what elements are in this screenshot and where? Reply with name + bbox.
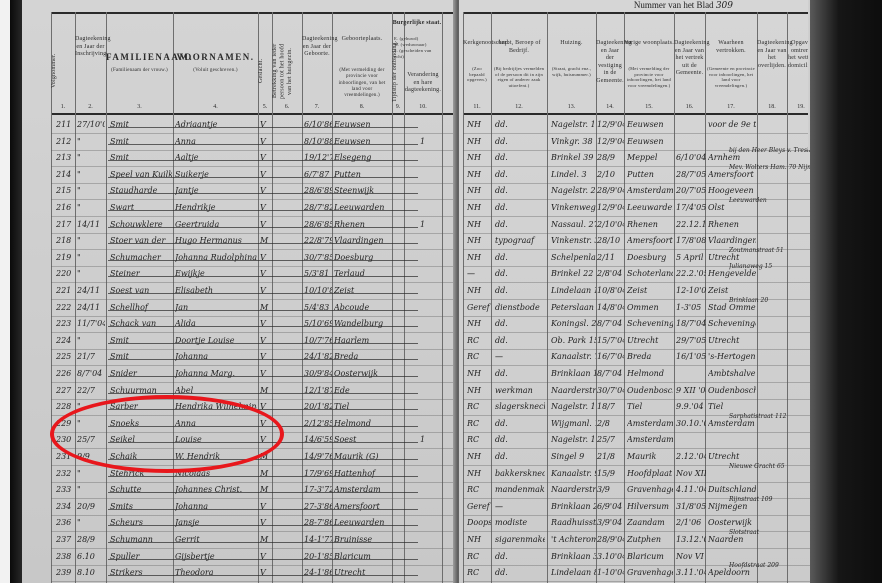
register-row: 219"SchumacherJohanna RudolphinaV30/7'85… <box>22 251 459 268</box>
cell-date: 22/7 <box>77 386 105 395</box>
civil-status-legend: W. (weduwnaar) <box>394 42 442 48</box>
cell-dest: Utrecht <box>708 336 756 345</box>
cell-settled: 15/7'04 <box>597 336 624 345</box>
strikethrough-line <box>108 260 418 261</box>
cell-date: " <box>77 518 105 527</box>
column-header-13: Huizing. <box>547 40 596 48</box>
row-rule <box>51 581 453 582</box>
cell-settled: 3/9'04 <box>597 518 624 527</box>
register-row: 213"SmitAaltjeV19/12'79Elsegeng <box>22 151 459 168</box>
cell-nr: 228 <box>56 402 74 411</box>
cell-occupation: dd. <box>495 203 545 212</box>
cell-date: " <box>77 137 105 146</box>
cell-prev: Helmond <box>627 369 673 378</box>
column-subheader-8: (Met vermelding der provincie voor inboo… <box>334 68 390 99</box>
cell-settled: 28/9'04 <box>597 186 624 195</box>
cell-note: Slotstraat <box>729 529 815 536</box>
register-row: 232"StehrickNicolaasM17/9'69Hattenhof <box>22 467 459 484</box>
cell-occupation: dd. <box>495 552 545 561</box>
cell-date: " <box>77 170 105 179</box>
register-row: NHwerkmanNaarderstr. 3730/7'04Oudenbosch… <box>459 384 815 401</box>
cell-date: 24/11 <box>77 303 105 312</box>
register-row: 214"Speel van KuilkerkSuikerjeV6/7'87Put… <box>22 168 459 185</box>
column-subheader-15: (Met vermelding der provincie voor inboo… <box>626 66 672 89</box>
cell-church: NH <box>467 535 491 544</box>
cell-date: " <box>77 469 105 478</box>
cell-left: 1-3'05 <box>676 303 706 312</box>
register-row: RC—Kanaalstr. 7016/7'04Breda16/1'05's-He… <box>459 350 815 367</box>
cell-settled: 14/8'04 <box>597 303 624 312</box>
cell-left: 12-10'04 <box>676 286 706 295</box>
cell-prev: Amsterdam <box>627 435 673 444</box>
column-header-3: FAMILIENAAM. <box>106 52 173 63</box>
cell-date: 11/7'04 <box>77 319 105 328</box>
cell-left: 17/4'05 <box>676 203 706 212</box>
cell-left: 3.11.'04 <box>676 568 706 577</box>
cell-nr: 221 <box>56 286 74 295</box>
cell-date: 28/9 <box>77 535 105 544</box>
cell-church: RC <box>467 435 491 444</box>
cell-nr: 213 <box>56 153 74 162</box>
strikethrough-line <box>108 276 418 277</box>
cell-prev: Hilversum <box>627 502 673 511</box>
cell-left: 28/7'05 <box>676 170 706 179</box>
cell-left: 18/7'04 <box>676 319 706 328</box>
cell-prev: Eeuwsen <box>627 137 673 146</box>
strikethrough-line <box>108 542 418 543</box>
cell-church: NH <box>467 319 491 328</box>
cell-dest: Oosterwijk <box>708 518 756 527</box>
column-header-17: Waarheen vertrokken. <box>705 40 757 55</box>
register-row: NHsigarenmaker't Achterom 928/9'04Zutphe… <box>459 533 815 550</box>
cell-note: Leeuwarden <box>729 197 815 204</box>
register-row: 2386.10SpullerGijsbertjeV20-1'85Blaricum <box>22 550 459 567</box>
register-row: RCdd.Lindelaan 81-10'04Gravenhage3.11.'0… <box>459 566 815 583</box>
cell-nr: 237 <box>56 535 74 544</box>
cell-prev: Gravenhage <box>627 485 673 494</box>
cell-address: Lindelaan 12 <box>551 286 596 295</box>
register-row: 2398.10StrikersTheodoraV24-1'86Utrecht <box>22 566 459 583</box>
cell-occupation: dd. <box>495 186 545 195</box>
cell-left: 9.9.'04 <box>676 402 706 411</box>
cell-prev: Zeist <box>627 286 673 295</box>
register-row: RCdd.Ob. Park 1515/7'04Utrecht29/7'05Utr… <box>459 334 815 351</box>
cell-address: Vinkgr. 38 <box>551 137 596 146</box>
cell-left: 13.12.'04 <box>676 535 706 544</box>
cell-occupation: dd. <box>495 369 545 378</box>
cell-occupation: dd. <box>495 568 545 577</box>
cell-dest: Olst <box>708 203 756 212</box>
cell-settled: 8/7'04 <box>597 319 624 328</box>
cell-church: NH <box>467 186 491 195</box>
cell-note: Nieuwe Gracht 65 <box>729 463 815 470</box>
register-row: GerefdienstbodePeterslaan14/8'04Ommen1-3… <box>459 301 815 318</box>
cell-occupation: dd. <box>495 170 545 179</box>
cell-dest: Tiel <box>708 402 756 411</box>
cell-dest: Arnhem <box>708 153 756 162</box>
strikethrough-line <box>108 559 418 560</box>
column-number: 3. <box>106 104 173 110</box>
cell-left: 29/7'05 <box>676 336 706 345</box>
cell-address: Kanaalstr. 70 <box>551 352 596 361</box>
cell-settled: 15/9 <box>597 469 624 478</box>
cell-address: Nassaul. 27 <box>551 220 596 229</box>
column-number: 6. <box>272 104 302 110</box>
cell-settled: 12/9'04 <box>597 120 624 129</box>
column-subheader-12: (Bij bedrijfjes vermelden of de persoon … <box>493 66 545 89</box>
strikethrough-line <box>108 193 418 194</box>
cell-prev: Zaandam <box>627 518 673 527</box>
cell-settled: 3.10'04 <box>597 552 624 561</box>
column-number: 11. <box>463 104 491 110</box>
column-number: 12. <box>491 104 547 110</box>
cell-church: Geref <box>467 502 491 511</box>
cell-settled: 16/7'04 <box>597 352 624 361</box>
cell-settled: 28/9 <box>597 153 624 162</box>
cell-church: NH <box>467 153 491 162</box>
register-row: —dd.Brinkel 222/8'04Schoterland22.2.'05H… <box>459 267 815 284</box>
cell-date: " <box>77 236 105 245</box>
cell-prev: Breda <box>627 352 673 361</box>
cell-nr: 212 <box>56 137 74 146</box>
cell-dest: Zeist <box>708 286 756 295</box>
cell-church: NH <box>467 386 491 395</box>
cell-prev: Putten <box>627 170 673 179</box>
cell-church: NH <box>467 253 491 262</box>
cell-address: Brinklaan 11 <box>551 369 596 378</box>
register-row: NHdd.Brinklaan 118/7'04HelmondAmbtshalve… <box>459 367 815 384</box>
cell-nr: 225 <box>56 352 74 361</box>
cell-address: Naarderstr. 37 <box>551 386 596 395</box>
cell-occupation: dd. <box>495 336 545 345</box>
cell-left: 22.12.10 <box>676 220 706 229</box>
cell-address: Peterslaan <box>551 303 596 312</box>
cell-occupation: dienstbode <box>495 303 545 312</box>
cell-date: " <box>77 253 105 262</box>
column-number: 10. <box>404 104 442 110</box>
scan-background-right <box>810 0 882 583</box>
cell-occupation: dd. <box>495 435 545 444</box>
cell-church: — <box>467 269 491 278</box>
cell-dest: Naarden <box>708 535 756 544</box>
register-row: NHdd.Nassaul. 272/10'04Rhenen22.12.10Rhe… <box>459 218 815 235</box>
register-row: NHbakkersknechtKanaalstr. 9415/9Hoofdpla… <box>459 467 815 484</box>
strikethrough-line <box>108 177 418 178</box>
cell-prev: Scheveningen <box>627 319 673 328</box>
cell-settled: 2/11 <box>597 253 624 262</box>
cell-address: Brinkel 39 <box>551 153 596 162</box>
cell-dest: voor de 9e teldistrict geschrapt <box>708 120 756 129</box>
cell-church: NH <box>467 137 491 146</box>
cell-left: 17/8'08 <box>676 236 706 245</box>
right-page: Nummer van het Blad 309 Kerkgenootschap.… <box>459 0 815 583</box>
cell-nr: 211 <box>56 120 74 129</box>
cell-church: NH <box>467 369 491 378</box>
cell-prev: Maurik <box>627 452 673 461</box>
cell-church: Doopsgez <box>467 518 491 527</box>
cell-occupation: dd. <box>495 120 545 129</box>
strikethrough-line <box>108 243 418 244</box>
column-header-15: Vorige woonplaats. <box>624 40 674 48</box>
sheet-number-label: Nummer van het Blad <box>634 0 714 10</box>
strikethrough-line <box>108 144 418 145</box>
cell-church: NH <box>467 452 491 461</box>
cell-dest: Vlaardingen <box>708 236 756 245</box>
cell-church: NH <box>467 203 491 212</box>
cell-dest: 's-Hertogenbosch <box>708 352 756 361</box>
cell-address: Vinkenweg 2 <box>551 203 596 212</box>
strikethrough-line <box>108 227 418 228</box>
cell-church: RC <box>467 485 491 494</box>
cell-church: NH <box>467 286 491 295</box>
column-number: 5. <box>258 104 272 110</box>
cell-address: Nagelstr. 10 <box>551 120 596 129</box>
cell-address: Naarderstr. 21 <box>551 485 596 494</box>
header-rule <box>463 12 815 14</box>
cell-nr: 223 <box>56 319 74 328</box>
column-subheader-13: (Straat, gracht enz., wijk, huisnummer.) <box>549 66 594 77</box>
cell-occupation: dd. <box>495 220 545 229</box>
column-header-18: Dagteekening en Jaar van het overlijden. <box>757 40 787 70</box>
register-row: 212"SmitAnnaV8/10'88Eeuwsen1 <box>22 135 459 152</box>
cell-dest: Utrecht <box>708 452 756 461</box>
strikethrough-line <box>108 376 418 377</box>
cell-left: 4.11.'04 <box>676 485 706 494</box>
cell-dest: Hoogeveen <box>708 186 756 195</box>
register-row: 233"SchutteJohannes Christ.M17-3'72Amste… <box>22 483 459 500</box>
cell-date: " <box>77 203 105 212</box>
cell-date: " <box>77 186 105 195</box>
cell-prev: Hoofdplaat <box>627 469 673 478</box>
cell-dest: Amsterdam <box>708 419 756 428</box>
column-header-11: Kerkgenootschap. <box>463 40 491 48</box>
register-row: 23728/9SchumannGerritM14-1'77Bruinisse <box>22 533 459 550</box>
column-number: 18. <box>757 104 787 110</box>
cell-date: 20/9 <box>77 502 105 511</box>
cell-nr: 215 <box>56 186 74 195</box>
column-number: 1. <box>51 104 75 110</box>
cell-dest: Nijmegen <box>708 502 756 511</box>
cell-dest: Amersfoort <box>708 170 756 179</box>
column-subheader-4: (Voluit geschreven.) <box>175 68 256 74</box>
column-number: 15. <box>624 104 674 110</box>
cell-left: 5 April '06 <box>676 253 706 262</box>
column-number: 9. <box>392 104 404 110</box>
cell-prev: Schoterland <box>627 269 673 278</box>
register-row: 216"SwartHendrikjeV28/7'82Leeuwarden <box>22 201 459 218</box>
column-subheader-17: (Gemeente en provincie voor inboorlingen… <box>707 66 755 89</box>
cell-nr: 222 <box>56 303 74 312</box>
cell-nr: 232 <box>56 469 74 478</box>
cell-note: Mev. Wolters Ham. 70 Nijmegen <box>729 164 815 171</box>
cell-prev: Oudenbosch <box>627 386 673 395</box>
cell-note: Hoofdstraat 209 <box>729 562 815 569</box>
cell-church: RC <box>467 336 491 345</box>
civil-status-legend: S. (gescheiden van echt) <box>394 48 442 59</box>
red-highlight-ellipse <box>50 395 284 473</box>
register-row: RCdd.Nagelstr. 125/7Amsterdam <box>459 433 815 450</box>
cell-address: Vinkenstr. 31 <box>551 236 596 245</box>
cell-prev: Eeuwsen <box>627 120 673 129</box>
cell-nr: 214 <box>56 170 74 179</box>
cell-settled: 6/9'04 <box>597 502 624 511</box>
cell-address: Lindel. 3 <box>551 170 596 179</box>
cell-left: 20/7'05 <box>676 186 706 195</box>
cell-address: Brinkel 22 <box>551 269 596 278</box>
column-number: 8. <box>332 104 392 110</box>
cell-prev: Gravenhage <box>627 568 673 577</box>
header-rule <box>463 113 815 115</box>
cell-dest: Hengevelde <box>708 269 756 278</box>
cell-nr: 220 <box>56 269 74 278</box>
cell-church: Geref <box>467 303 491 312</box>
cell-occupation: bakkersknecht <box>495 469 545 478</box>
left-page: Volgnommer.1.Dagteekening en Jaar der In… <box>22 0 459 583</box>
register-row: 236"ScheursJansjeV28-7'86Leeuwarden <box>22 516 459 533</box>
cell-prev: Tiel <box>627 402 673 411</box>
column-header-1: Volgnommer. <box>51 40 75 102</box>
cell-prev: Ommen <box>627 303 673 312</box>
cell-address: Koningsl. 23 <box>551 319 596 328</box>
cell-settled: 25/7 <box>597 435 624 444</box>
sheet-number: Nummer van het Blad 309 <box>634 0 733 11</box>
cell-dest: Scheveningen <box>708 319 756 328</box>
cell-address: Lindelaan 8 <box>551 568 596 577</box>
cell-left: 16/1'05 <box>676 352 706 361</box>
civil-status-header: Burgerlijke staat. <box>392 20 442 28</box>
strikethrough-line <box>108 343 418 344</box>
cell-settled: 30/7'04 <box>597 386 624 395</box>
cell-date: " <box>77 485 105 494</box>
cell-settled: 12/9'04 <box>597 203 624 212</box>
cell-settled: 21/8 <box>597 452 624 461</box>
cell-note: Brinklaan 20 <box>729 297 815 304</box>
cell-prev: Blaricum <box>627 552 673 561</box>
cell-nr: 234 <box>56 502 74 511</box>
cell-prev: Amsterdam <box>627 186 673 195</box>
register-row: 22311/7'04Schack vanAlidaV5/10'69Wandelb… <box>22 317 459 334</box>
cell-church: RC <box>467 352 491 361</box>
cell-prev: Rhenen <box>627 220 673 229</box>
column-subheader-3: (Familienaam der vrouw.) <box>108 68 171 74</box>
cell-address: Nagelstr. 10 <box>551 402 596 411</box>
strikethrough-line <box>108 509 418 510</box>
strikethrough-line <box>108 210 418 211</box>
register-row: NHdd.Nagelstr. 1012/9'04Eeuwsenvoor de 9… <box>459 118 815 135</box>
cell-address: Singel 9 <box>551 452 596 461</box>
cell-dest: Stad Ommen <box>708 303 756 312</box>
cell-prev: Zutphen <box>627 535 673 544</box>
column-header-12: Ambt, Beroep of Bedrijf. <box>491 40 547 55</box>
register-row: 2268/7'04SniderJohanna Marg.V30/9'84Oost… <box>22 367 459 384</box>
cell-nr: 233 <box>56 485 74 494</box>
strikethrough-line <box>108 575 418 576</box>
register-row: 220"SteinerEwijkjeV5/3'81Terlaud <box>22 267 459 284</box>
column-header-8: Geboorteplaats. <box>332 36 392 44</box>
cell-dest: Utrecht <box>708 253 756 262</box>
column-header-4: VOORNAMEN. <box>173 52 258 63</box>
cell-settled: 3/9 <box>597 485 624 494</box>
cell-occupation: sigarenmaker <box>495 535 545 544</box>
cell-church: NH <box>467 170 491 179</box>
row-rule <box>463 581 815 582</box>
cell-nr: 227 <box>56 386 74 395</box>
cell-left: 2/1'06 <box>676 518 706 527</box>
strikethrough-line <box>108 310 418 311</box>
cell-address: Brinklaan 35 <box>551 552 596 561</box>
cell-occupation: werkman <box>495 386 545 395</box>
cell-date: 24/11 <box>77 286 105 295</box>
cell-prev: Doesburg <box>627 253 673 262</box>
column-header-10: Verandering en hare dagteekening. <box>404 72 442 95</box>
cell-occupation: dd. <box>495 419 545 428</box>
cell-church: RC <box>467 419 491 428</box>
register-row: 218"Stoer van derHugo HermanusM22/8'79Vl… <box>22 234 459 251</box>
cell-note: bij den Heer Bleys v. Tresling <box>729 147 815 154</box>
column-number: 17. <box>705 104 757 110</box>
cell-nr: 216 <box>56 203 74 212</box>
cell-occupation: typograaf <box>495 236 545 245</box>
cell-left: 2.12.'04 <box>676 452 706 461</box>
cell-date: 27/10'04 <box>77 120 105 129</box>
cell-church: RC <box>467 402 491 411</box>
cell-date: 14/11 <box>77 220 105 229</box>
cell-note: Zoutmanstraat 51 <box>729 247 815 254</box>
column-number: 16. <box>674 104 705 110</box>
register-row: NHdd.Vinkenweg 212/9'04Leeuwarden17/4'05… <box>459 201 815 218</box>
cell-date: 8.10 <box>77 568 105 577</box>
cell-date: " <box>77 153 105 162</box>
cell-left: Nov VI '12 <box>676 552 706 561</box>
cell-settled: 28/10 <box>597 236 624 245</box>
cell-address: 't Achterom 9 <box>551 535 596 544</box>
cell-address: Brinklaan 21 <box>551 502 596 511</box>
cell-occupation: dd. <box>495 452 545 461</box>
cell-church: NH <box>467 236 491 245</box>
register-row: 22124/11Soest vanElisabethV10/10'81Zeist <box>22 284 459 301</box>
cell-settled: 2/10'04 <box>597 220 624 229</box>
column-header-6: Betrekking van ieder persoon tot het hoo… <box>272 40 302 102</box>
register-scan: Volgnommer.1.Dagteekening en Jaar der In… <box>0 0 882 583</box>
cell-nr: 218 <box>56 236 74 245</box>
cell-address: Nagelstr. 27 <box>551 186 596 195</box>
cell-date: 8/7'04 <box>77 369 105 378</box>
cell-occupation: dd. <box>495 153 545 162</box>
strikethrough-line <box>108 326 418 327</box>
cell-church: RC <box>467 552 491 561</box>
cell-note: Sarphatistraat 112 <box>729 413 815 420</box>
cell-left: 6/10'04 <box>676 153 706 162</box>
cell-church: RC <box>467 568 491 577</box>
cell-prev: Amersfoort <box>627 236 673 245</box>
column-header-7: Dagteekening en Jaar der Geboorte. <box>302 36 332 59</box>
cell-occupation: slagersknecht <box>495 402 545 411</box>
cell-date: 6.10 <box>77 552 105 561</box>
strikethrough-line <box>108 293 418 294</box>
column-number: 13. <box>547 104 596 110</box>
column-number: 14. <box>596 104 624 110</box>
register-row: Geref—Brinklaan 216/9'04Hilversum31/8'05… <box>459 500 815 517</box>
cell-c10: 1 <box>420 137 440 146</box>
cell-note: Julianaweg 15 <box>729 263 815 270</box>
cell-settled: 2/8'04 <box>597 269 624 278</box>
cell-church: NH <box>467 220 491 229</box>
cell-occupation: — <box>495 502 545 511</box>
column-number: 7. <box>302 104 332 110</box>
cell-prev: Utrecht <box>627 336 673 345</box>
register-row: 21714/11SchouwklereGeertruidaV28/6'85Rhe… <box>22 218 459 235</box>
cell-occupation: mandenmaker <box>495 485 545 494</box>
